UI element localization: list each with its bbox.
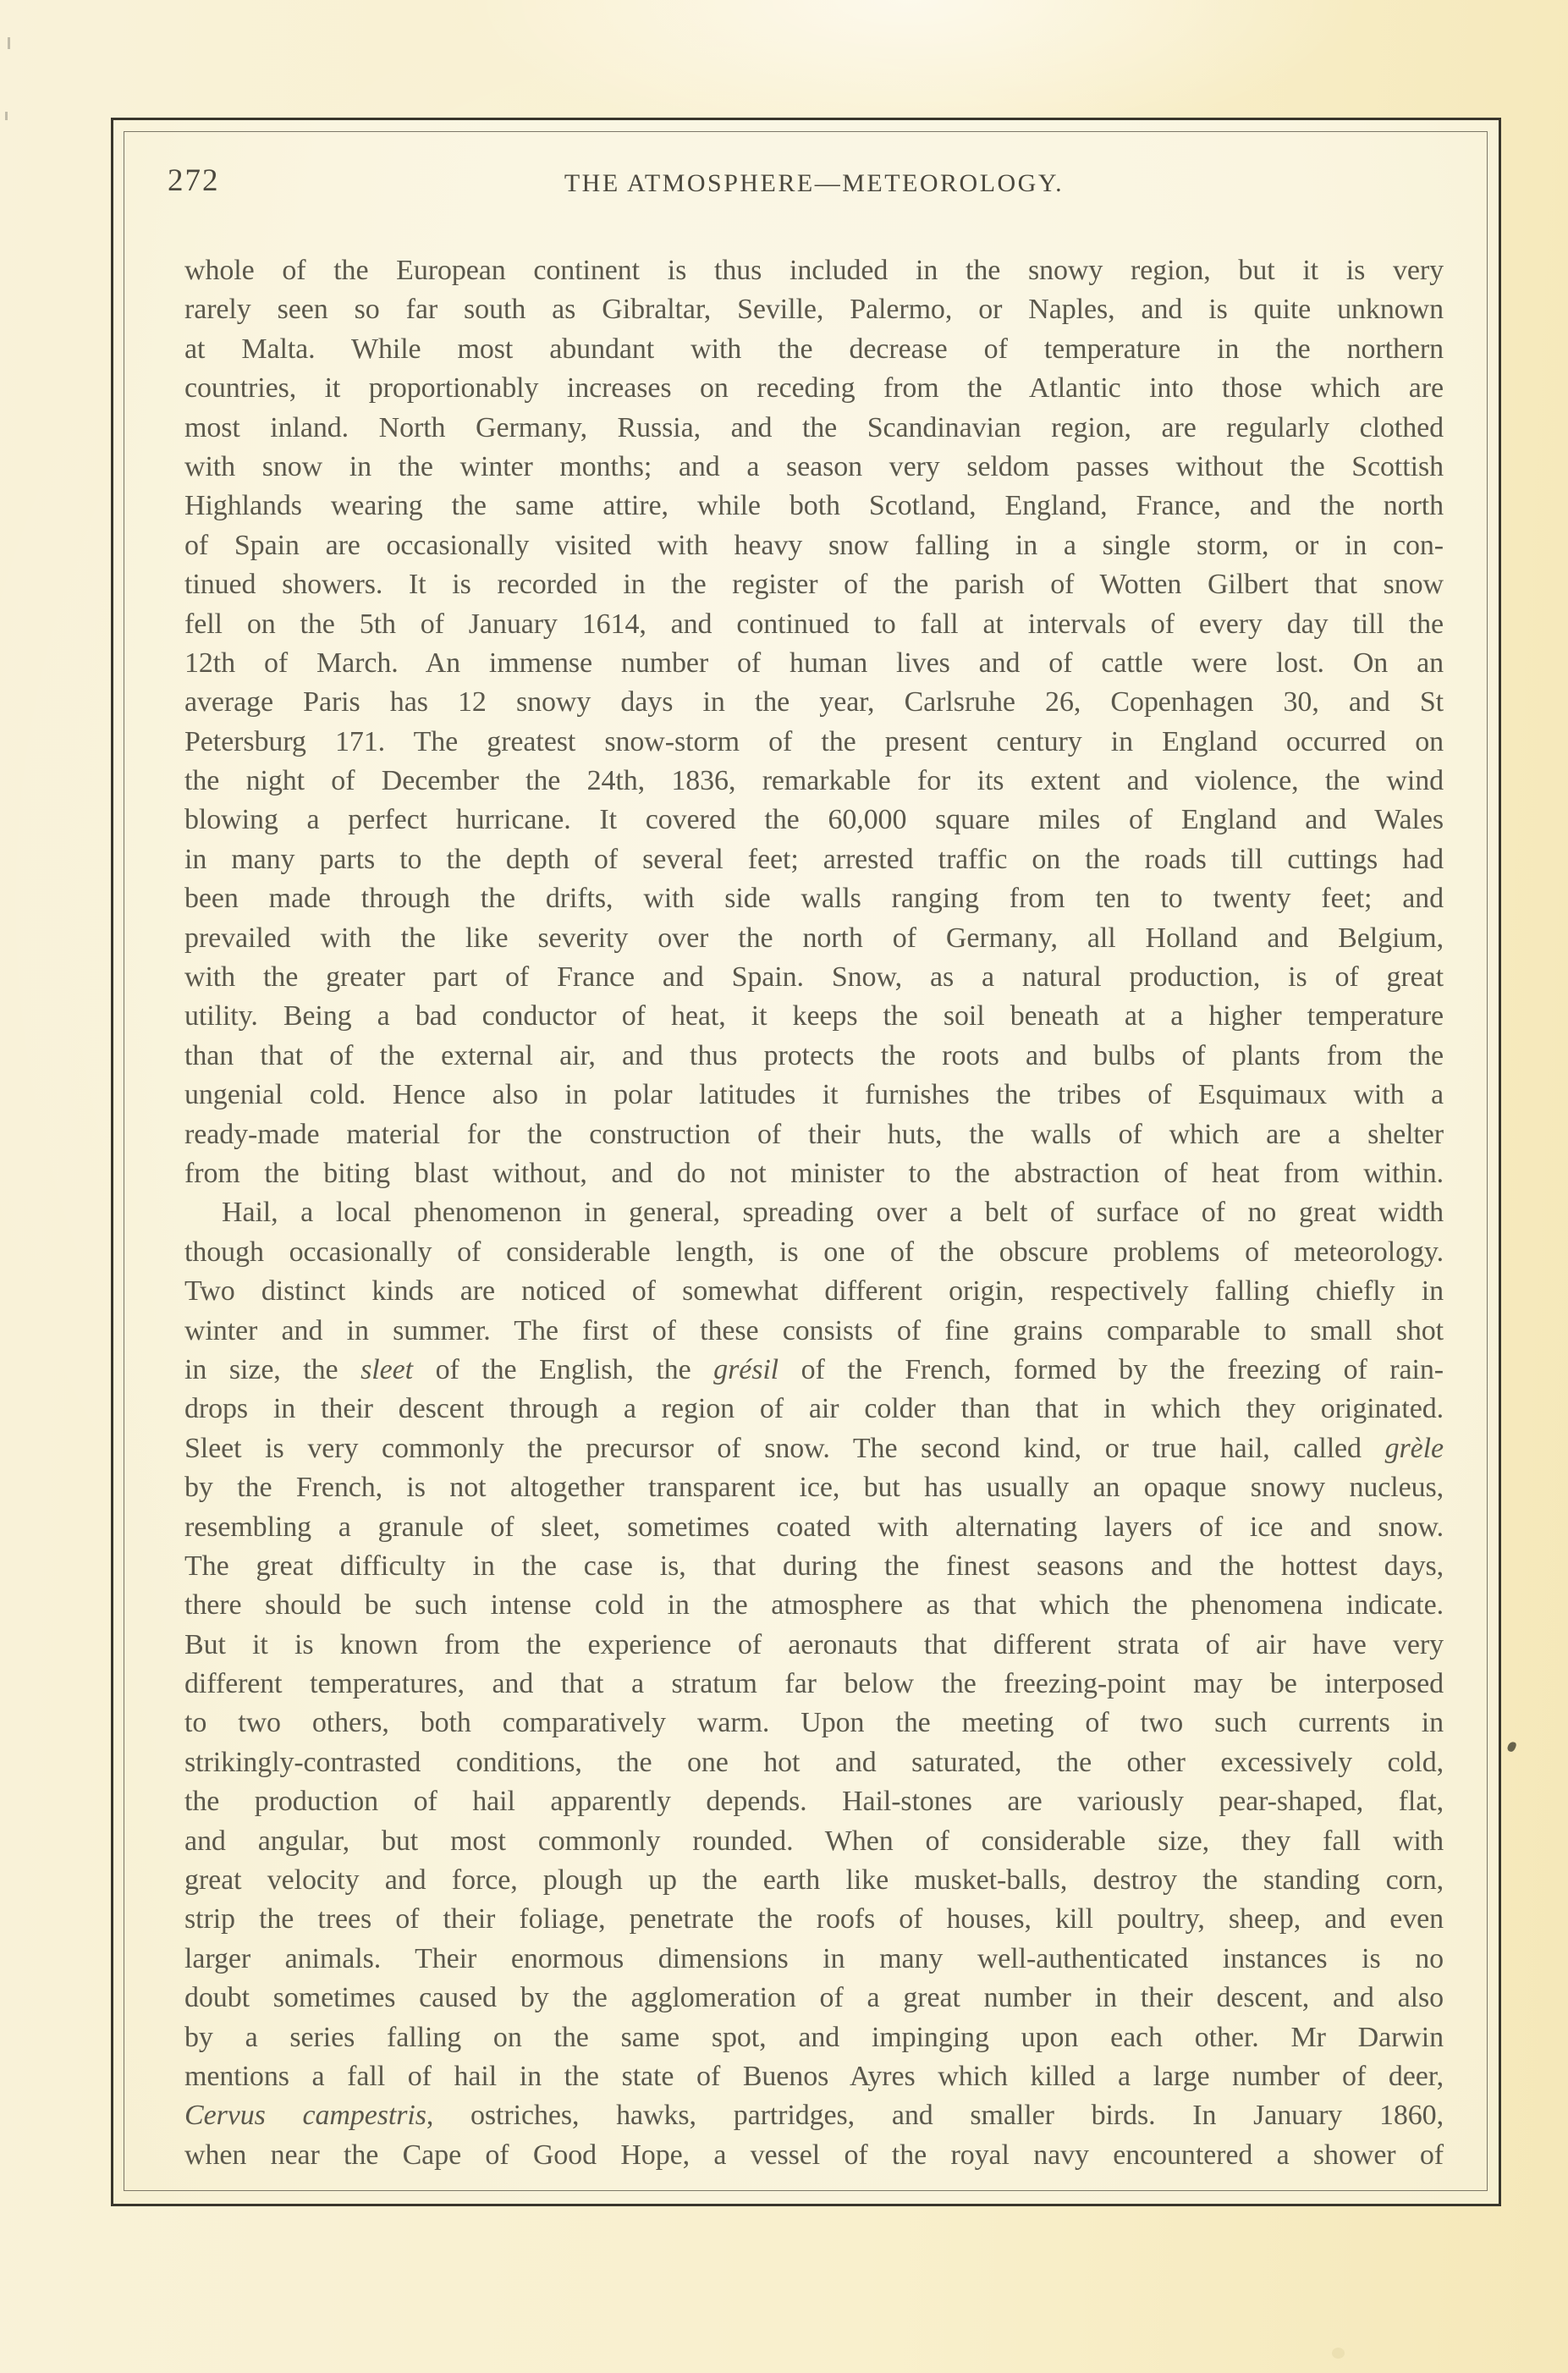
text-line: though occasionally of considerable leng… — [184, 1233, 1444, 1272]
text-line: winter and in summer. The first of these… — [184, 1312, 1444, 1351]
text-line: tinued showers. It is recorded in the re… — [184, 565, 1444, 604]
text-line: average Paris has 12 snowy days in the y… — [184, 683, 1444, 722]
text-line: But it is known from the experience of a… — [184, 1626, 1444, 1665]
scan-edge-mark — [5, 112, 8, 120]
text-line: to two others, both comparatively warm. … — [184, 1704, 1444, 1743]
text-line: countries, it proportionably increases o… — [184, 369, 1444, 408]
text-line: blowing a perfect hurricane. It covered … — [184, 801, 1444, 840]
text-line: fell on the 5th of January 1614, and con… — [184, 605, 1444, 644]
text-line: Highlands wearing the same attire, while… — [184, 487, 1444, 526]
text-line: there should be such intense cold in the… — [184, 1586, 1444, 1625]
text-line: of Spain are occasionally visited with h… — [184, 526, 1444, 565]
text-line: with snow in the winter months; and a se… — [184, 448, 1444, 487]
text-line: rarely seen so far south as Gibraltar, S… — [184, 290, 1444, 329]
running-title: THE ATMOSPHERE—METEOROLOGY. — [184, 169, 1444, 198]
text-line: than that of the external air, and thus … — [184, 1037, 1444, 1076]
text-line: Hail, a local phenomenon in general, spr… — [184, 1193, 1444, 1232]
text-line: Sleet is very commonly the precursor of … — [184, 1429, 1444, 1468]
text-line: by a series falling on the same spot, an… — [184, 2018, 1444, 2057]
text-line: from the biting blast without, and do no… — [184, 1154, 1444, 1193]
text-line: great velocity and force, plough up the … — [184, 1861, 1444, 1900]
text-line: drops in their descent through a region … — [184, 1390, 1444, 1429]
page-frame: 272 THE ATMOSPHERE—METEOROLOGY. whole of… — [111, 118, 1501, 2206]
text-line: mentions a fall of hail in the state of … — [184, 2057, 1444, 2096]
text-line: and angular, but most commonly rounded. … — [184, 1822, 1444, 1861]
paper-speck — [1332, 2348, 1345, 2359]
text-line: Petersburg 171. The greatest snow-storm … — [184, 723, 1444, 762]
text-line: in many parts to the depth of several fe… — [184, 840, 1444, 879]
text-line: whole of the European continent is thus … — [184, 251, 1444, 290]
scan-edge-mark — [8, 37, 10, 49]
text-line: at Malta. While most abundant with the d… — [184, 330, 1444, 369]
text-line: strip the trees of their foliage, penetr… — [184, 1900, 1444, 1939]
text-line: utility. Being a bad conductor of heat, … — [184, 997, 1444, 1036]
text-line: the night of December the 24th, 1836, re… — [184, 762, 1444, 801]
text-line: strikingly-contrasted conditions, the on… — [184, 1743, 1444, 1782]
text-line: Two distinct kinds are noticed of somewh… — [184, 1272, 1444, 1311]
text-line: when near the Cape of Good Hope, a vesse… — [184, 2136, 1444, 2175]
text-line: doubt sometimes caused by the agglomerat… — [184, 1979, 1444, 2018]
text-line: prevailed with the like severity over th… — [184, 919, 1444, 958]
text-line: ready-made material for the construction… — [184, 1115, 1444, 1154]
text-line: by the French, is not altogether transpa… — [184, 1468, 1444, 1507]
text-line: the production of hail apparently depend… — [184, 1782, 1444, 1821]
text-body: whole of the European continent is thus … — [184, 251, 1444, 2175]
text-line: The great difficulty in the case is, tha… — [184, 1547, 1444, 1586]
text-line: larger animals. Their enormous dimension… — [184, 1940, 1444, 1979]
text-line: ungenial cold. Hence also in polar latit… — [184, 1076, 1444, 1115]
text-line: different temperatures, and that a strat… — [184, 1665, 1444, 1704]
text-line: most inland. North Germany, Russia, and … — [184, 409, 1444, 448]
text-line: 12th of March. An immense number of huma… — [184, 644, 1444, 683]
text-line: with the greater part of France and Spai… — [184, 958, 1444, 997]
text-line: Cervus campestris, ostriches, hawks, par… — [184, 2096, 1444, 2135]
text-line: in size, the sleet of the English, the g… — [184, 1351, 1444, 1390]
text-line: resembling a granule of sleet, sometimes… — [184, 1508, 1444, 1547]
text-line: been made through the drifts, with side … — [184, 879, 1444, 918]
